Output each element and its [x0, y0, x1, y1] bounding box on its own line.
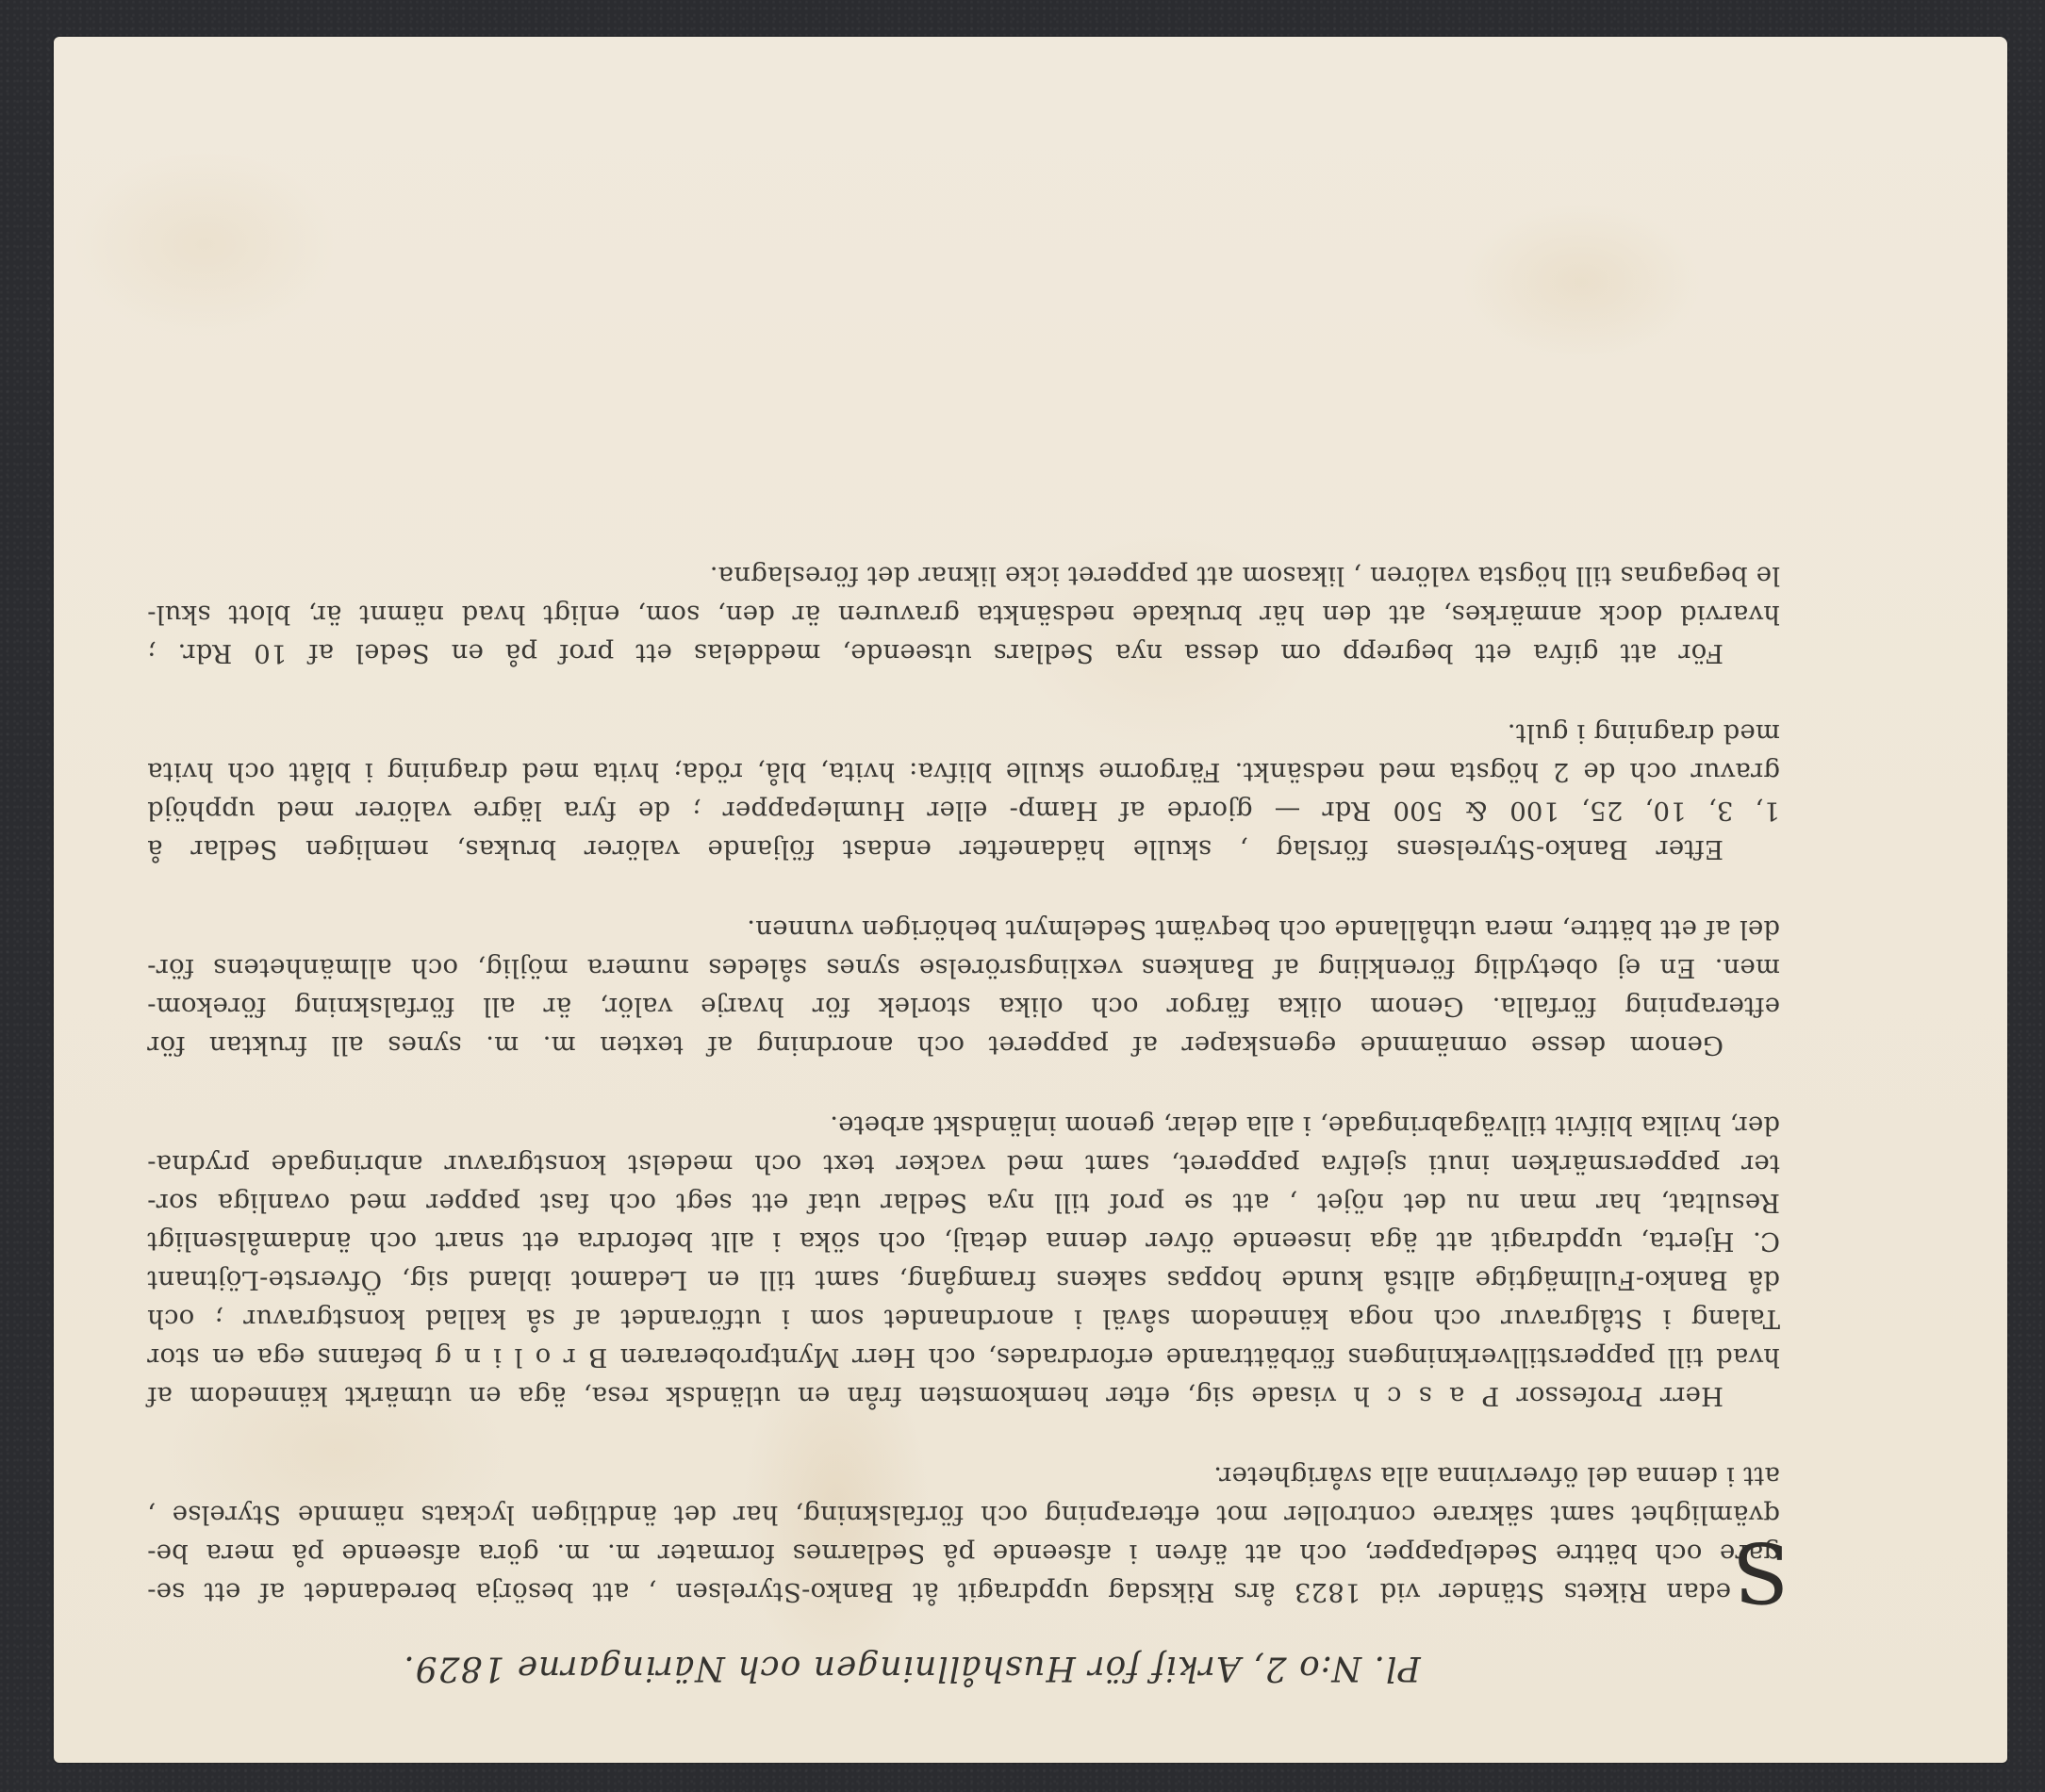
paragraph-line: men. En ej obetydlig förenkling af Banke… [147, 948, 1780, 987]
text-column: Pl. N:o 2, Arkif för Hushållningen och N… [147, 515, 1780, 1687]
document-page: Pl. N:o 2, Arkif för Hushållningen och N… [54, 37, 2007, 1763]
rotated-content: Pl. N:o 2, Arkif för Hushållningen och N… [54, 37, 2007, 1763]
paragraph-line: med dragning i gult. [147, 714, 1780, 752]
line-text: edan Rikets Ständer vid 1823 års Riksdag… [147, 1577, 1731, 1607]
paragraph-1: S edan Rikets Ständer vid 1823 års Riksd… [147, 1456, 1780, 1611]
paragraph-4: Efter Banko-Styrelsens förslag , skulle … [147, 714, 1780, 868]
paragraph-line: hvad till papperstillverkningens förbätt… [147, 1338, 1780, 1376]
paragraph-3: Genom desse omnämnde egenskaper af pappe… [147, 910, 1780, 1064]
paragraph-5: För att gifva ett begrepp om dessa nya S… [147, 556, 1780, 672]
paragraph-line: hvarvid dock anmärkes, att den här bruka… [147, 595, 1780, 633]
paragraph-line: gare och bättre Sedelpapper, och att äfv… [147, 1534, 1780, 1572]
paragraph-line: Talang i Stålgravur och noga kännedom så… [147, 1299, 1780, 1338]
paragraph-line: gravur och de 2 högsta med nedsänkt. Fär… [147, 752, 1780, 791]
paragraph-line: Genom desse omnämnde egenskaper af pappe… [147, 1026, 1780, 1064]
paragraph-line: del af ett bättre, mera uthållande och b… [147, 910, 1780, 948]
paragraph-line: då Banko-Fullmägtige alltså kunde hoppas… [147, 1260, 1780, 1299]
paragraph-line: Resultat, har man nu det nöjet , att se … [147, 1183, 1780, 1222]
paragraph-line: efterapning förfalla. Genom olika färgor… [147, 987, 1780, 1026]
paragraph-line: För att gifva ett begrepp om dessa nya S… [147, 633, 1780, 672]
paragraph-line: le begagnas till högsta valören , likaso… [147, 556, 1780, 595]
paragraph-line: 1, 3, 10, 25, 100 & 500 Rdr — gjorde af … [147, 791, 1780, 830]
paragraph-2: Herr Professor P a s c h visade sig, eft… [147, 1106, 1780, 1415]
paragraph-line: att i denna del öfvervinna alla svårighe… [147, 1456, 1780, 1495]
paragraph-line: Herr Professor P a s c h visade sig, eft… [147, 1376, 1780, 1415]
paragraph-line: Efter Banko-Styrelsens förslag , skulle … [147, 830, 1780, 868]
paragraph-line: qvämlighet samt säkrare controller mot e… [147, 1495, 1780, 1534]
paragraph-line: S edan Rikets Ständer vid 1823 års Riksd… [147, 1572, 1780, 1611]
page-header: Pl. N:o 2, Arkif för Hushållningen och N… [147, 1649, 1780, 1687]
paragraph-line: ter pappersmärken inuti sjelfva papperet… [147, 1144, 1780, 1183]
paragraph-line: der, hvilka blifvit tillvägabringade, i … [147, 1106, 1780, 1144]
paragraph-line: C. Hjerta, uppdragit att äga inseende öf… [147, 1222, 1780, 1260]
drop-cap: S [1733, 1530, 1790, 1613]
